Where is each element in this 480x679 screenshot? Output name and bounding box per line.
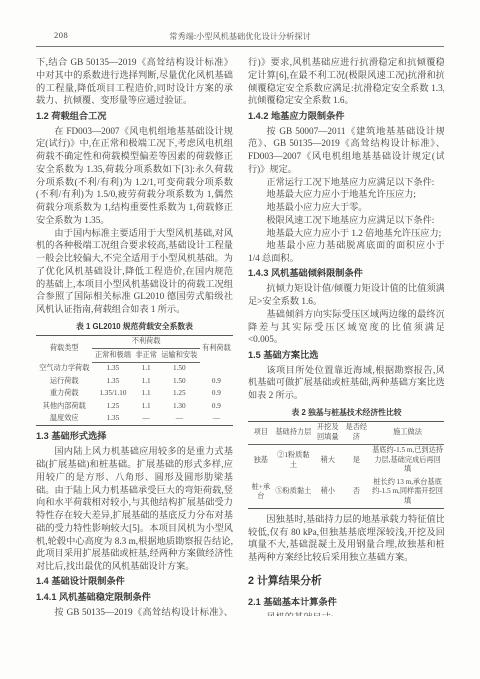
condition-line: 地基最大应力应小于地基允许压应力; <box>248 188 444 201</box>
table-header-cell: 项目 <box>248 421 274 444</box>
right-column: 行)》要求,风机基础应进行抗滑稳定和抗倾覆稳定计算[6],在最不利工况(极限风速… <box>248 56 444 616</box>
table1-caption: 表 1 GL2010 规范荷载安全系数表 <box>36 321 233 332</box>
paragraph: 国内陆上风力机基础应用较多的是重力式基础(扩展基础)和桩基础。扩展基础的形式多样… <box>36 445 233 573</box>
table-cell: ②1粉质黏土 <box>274 444 313 476</box>
section-heading-1-4-2: 1.4.2 地基应力限制条件 <box>248 110 444 123</box>
table-cell: 0.9 <box>200 388 233 401</box>
table-load-safety-factors: 荷载类型 不利荷载 有利荷载 正常和极端 非正常 运输和安装 空气动力学荷载 1… <box>36 335 233 427</box>
table-row: 温度效应 1.35 — — — <box>36 413 233 426</box>
paragraph: 由于国内标准主要适用于大型风机基础,对风机的各种极端工况组合要求较高,基础设计工… <box>36 227 233 316</box>
table-cell: 稍大 <box>313 444 343 476</box>
table-cell: 1.25 <box>159 388 200 401</box>
table-foundation-comparison: 项目 基础持力层 开挖及回填量 是否经济 施工做法 独基 ②1粉质黏土 稍大 是… <box>248 421 444 509</box>
paper-page: 208 常秀端:小型风机基础优化设计分析探讨 下,结合 GB 50135—201… <box>0 0 480 679</box>
section-heading-1-5: 1.5 基础方案比选 <box>248 349 444 362</box>
paragraph: 因独基时,基础持力层的地基承载力特征值比较低,仅有 80 kPa,但独基基底埋深… <box>248 513 444 564</box>
table-cell: — <box>133 413 158 426</box>
table-cell: 是 <box>343 444 371 476</box>
table-cell: 1.1 <box>133 400 158 413</box>
section-heading-1-2: 1.2 荷载组合工况 <box>36 110 233 123</box>
table-header-cell: 运输和安装 <box>159 349 200 363</box>
table-cell: 1.35 <box>92 362 133 375</box>
table-cell: 0.9 <box>200 400 233 413</box>
paragraph: 抗倾力矩设计值/倾覆力矩设计值的比值须满足>安全系数 1.6。 <box>248 282 444 308</box>
table-cell: 0.9 <box>200 375 233 388</box>
table-header-cell: 开挖及回填量 <box>313 421 343 444</box>
table-cell: 1.25 <box>92 400 133 413</box>
section-heading-1-4-1: 1.4.1 风机基础稳定限制条件 <box>36 591 233 604</box>
section-heading-1-4-3: 1.4.3 风机基础倾斜限制条件 <box>248 267 444 280</box>
table-cell: 独基 <box>248 444 274 476</box>
paragraph: 按 GB 50007—2011《建筑地基基础设计规范》、GB 50135—201… <box>248 125 444 176</box>
table-cell: 1.35/1.10 <box>92 388 133 401</box>
table-row: 重力荷载 1.35/1.10 1.1 1.25 0.9 <box>36 388 233 401</box>
paragraph: 行)》要求,风机基础应进行抗滑稳定和抗倾覆稳定计算[6],在最不利工况(极限风速… <box>248 56 444 107</box>
table-header-cell: 施工做法 <box>370 421 444 444</box>
table-cell: 空气动力学荷载 <box>36 362 92 375</box>
table-cell: — <box>200 413 233 426</box>
paragraph: 下,结合 GB 50135—2019《高耸结构设计标准》中对其中的系数进行选择判… <box>36 56 233 107</box>
condition-line: 地基最小应力基础脱离底面的面积应小于 1/4 总面积。 <box>248 239 444 265</box>
table-cell: 1.1 <box>133 362 158 375</box>
left-column: 下,结合 GB 50135—2019《高耸结构设计标准》中对其中的系数进行选择判… <box>36 56 233 616</box>
paragraph: 基础倾斜方向实际受压区域两边缘的最终沉降差与其实际受压区域宽度的比值须满足<0.… <box>248 308 444 346</box>
table-cell: 桩+承台 <box>248 476 274 508</box>
section-heading-1-4: 1.4 基础设计限制条件 <box>36 575 233 588</box>
running-title: 常秀端:小型风机基础优化设计分析探讨 <box>36 31 444 42</box>
paragraph: 风机的基础尺寸: <box>248 611 444 616</box>
table-cell: 桩长约 13 m,承台基底约-1.5 m,同样需开挖回填 <box>370 476 444 508</box>
table-header-cell: 正常和极端 <box>92 349 133 363</box>
two-column-body: 下,结合 GB 50135—2019《高耸结构设计标准》中对其中的系数进行选择判… <box>36 56 444 616</box>
table-cell: 1.35 <box>92 413 133 426</box>
paragraph: 在 FD003—2007《风电机组地基基础设计规定(试行)》中,在正常和极端工况… <box>36 125 233 227</box>
table-cell: 1.1 <box>133 375 158 388</box>
table-header-cell: 有利荷载 <box>200 335 233 362</box>
condition-line: 地基最大应力应小于 1.2 倍地基允许压应力; <box>248 227 444 240</box>
table-cell: 重力荷载 <box>36 388 92 401</box>
table-cell: 1.50 <box>159 362 200 375</box>
table-header-cell: 非正常 <box>133 349 158 363</box>
table-row: 独基 ②1粉质黏土 稍大 是 基底约-1.5 m,已到达持力层,基础完成后再回填 <box>248 444 444 476</box>
table-row: 运行荷载 1.35 1.1 1.50 0.9 <box>36 375 233 388</box>
condition-line: 极限风速工况下地基应力应满足以下条件: <box>248 214 444 227</box>
table-cell: 稍小 <box>313 476 343 508</box>
table-row: 其他内部荷载 1.25 1.1 1.30 0.9 <box>36 400 233 413</box>
table-cell <box>200 362 233 375</box>
section-heading-2: 2 计算结果分析 <box>248 574 444 588</box>
condition-line: 正常运行工况下地基应力应满足以下条件: <box>248 176 444 189</box>
page-header: 208 常秀端:小型风机基础优化设计分析探讨 <box>36 30 444 47</box>
table-cell: 1.1 <box>133 388 158 401</box>
table-header-cell: 基础持力层 <box>274 421 313 444</box>
table-cell: 1.35 <box>92 375 133 388</box>
table2-caption: 表 2 独基与桩基技术经济性比较 <box>248 407 444 418</box>
table-cell: — <box>159 413 200 426</box>
table-cell: 温度效应 <box>36 413 92 426</box>
table-cell: 基底约-1.5 m,已到达持力层,基础完成后再回填 <box>370 444 444 476</box>
table-cell: 否 <box>343 476 371 508</box>
table-cell: ⑤粉质黏土 <box>274 476 313 508</box>
condition-line: 地基最小应力应大于零。 <box>248 201 444 214</box>
table-header-cell: 荷载类型 <box>36 335 92 362</box>
paragraph: 按 GB 50135—2019《高耸结构设计标准》、FD003—2007《风电机… <box>36 606 233 616</box>
paragraph: 该项目所处位置靠近海域,根据勘察报告,风机基础可做扩展基础或桩基础,两种基础方案… <box>248 364 444 402</box>
table-cell: 其他内部荷载 <box>36 400 92 413</box>
table-cell: 运行荷载 <box>36 375 92 388</box>
section-heading-1-3: 1.3 基础形式选择 <box>36 430 233 443</box>
section-heading-2-1: 2.1 基础基本计算条件 <box>248 596 444 609</box>
table-cell: 1.30 <box>159 400 200 413</box>
table-cell: 1.50 <box>159 375 200 388</box>
table-header-cell: 是否经济 <box>343 421 371 444</box>
table-row: 空气动力学荷载 1.35 1.1 1.50 <box>36 362 233 375</box>
table-header-group-unfavorable: 不利荷载 <box>92 335 199 349</box>
table-row: 桩+承台 ⑤粉质黏土 稍小 否 桩长约 13 m,承台基底约-1.5 m,同样需… <box>248 476 444 508</box>
